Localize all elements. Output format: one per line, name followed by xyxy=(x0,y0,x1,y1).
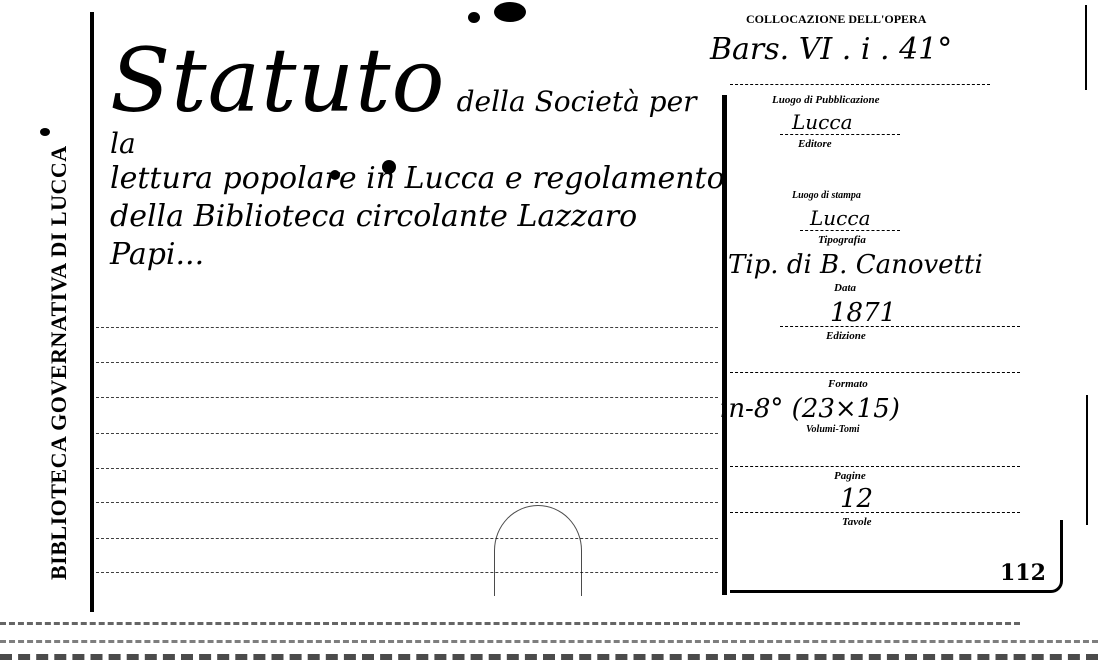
field-rule xyxy=(780,326,1020,327)
field-rule xyxy=(730,372,1020,373)
ruled-line xyxy=(96,362,718,363)
printer-value: Tip. di B. Canovetti xyxy=(728,250,983,280)
title-line2: lettura popolare in Lucca e regolamento xyxy=(110,160,730,198)
field-rule xyxy=(800,230,900,231)
title-line4: Papi... xyxy=(110,236,730,274)
date-label: Data xyxy=(834,282,856,294)
ruled-line xyxy=(96,327,718,328)
format-label: Formato xyxy=(828,378,868,390)
ruled-line xyxy=(96,397,718,398)
scan-edge xyxy=(0,640,1098,643)
edition-label: Edizione xyxy=(826,330,866,342)
field-rule xyxy=(730,512,1020,513)
institution-label: BIBLIOTECA GOVERNATIVA DI LUCCA xyxy=(46,145,72,580)
volumes-label: Volumi-Tomi xyxy=(806,424,860,435)
field-rule xyxy=(730,466,1020,467)
field-rule xyxy=(730,84,990,85)
ruled-line xyxy=(96,538,718,539)
right-edge-rule-lower xyxy=(1086,395,1088,525)
faded-stamp xyxy=(494,505,582,596)
shelfmark-value: Bars. VI . i . 41° xyxy=(710,32,952,67)
right-edge-rule xyxy=(1085,5,1087,90)
title-line3: della Biblioteca circolante Lazzaro xyxy=(110,198,730,236)
format-value: in-8° (23×15) xyxy=(720,394,900,424)
ink-blot xyxy=(40,128,50,136)
shelfmark-heading: COLLOCAZIONE DELL'OPERA xyxy=(746,12,926,27)
corner-note: 112 xyxy=(1000,560,1046,586)
left-margin-rule xyxy=(90,12,94,612)
scan-edge xyxy=(0,654,1098,660)
ruled-line xyxy=(96,572,718,573)
place-of-printing-value: Lucca xyxy=(810,206,871,230)
pages-label: Pagine xyxy=(834,470,866,482)
scan-edge xyxy=(0,622,1020,625)
publisher-label: Editore xyxy=(798,138,832,150)
field-rule xyxy=(780,134,900,135)
ruled-line xyxy=(96,502,718,503)
ruled-line xyxy=(96,433,718,434)
place-of-printing-label: Luogo di stampa xyxy=(792,190,861,201)
printer-label: Tipografia xyxy=(818,234,866,246)
pages-value: 12 xyxy=(840,484,873,514)
date-value: 1871 xyxy=(830,298,896,328)
catalog-card: BIBLIOTECA GOVERNATIVA DI LUCCA Statuto … xyxy=(0,0,1098,664)
ruled-line xyxy=(96,468,718,469)
place-of-publication-value: Lucca xyxy=(792,110,853,134)
title-main-word: Statuto xyxy=(110,29,446,132)
place-of-publication-label: Luogo di Pubblicazione xyxy=(772,94,880,106)
ink-blot xyxy=(468,12,480,23)
handwritten-title: Statuto della Società per la lettura pop… xyxy=(110,35,730,274)
ink-blot xyxy=(494,2,526,22)
